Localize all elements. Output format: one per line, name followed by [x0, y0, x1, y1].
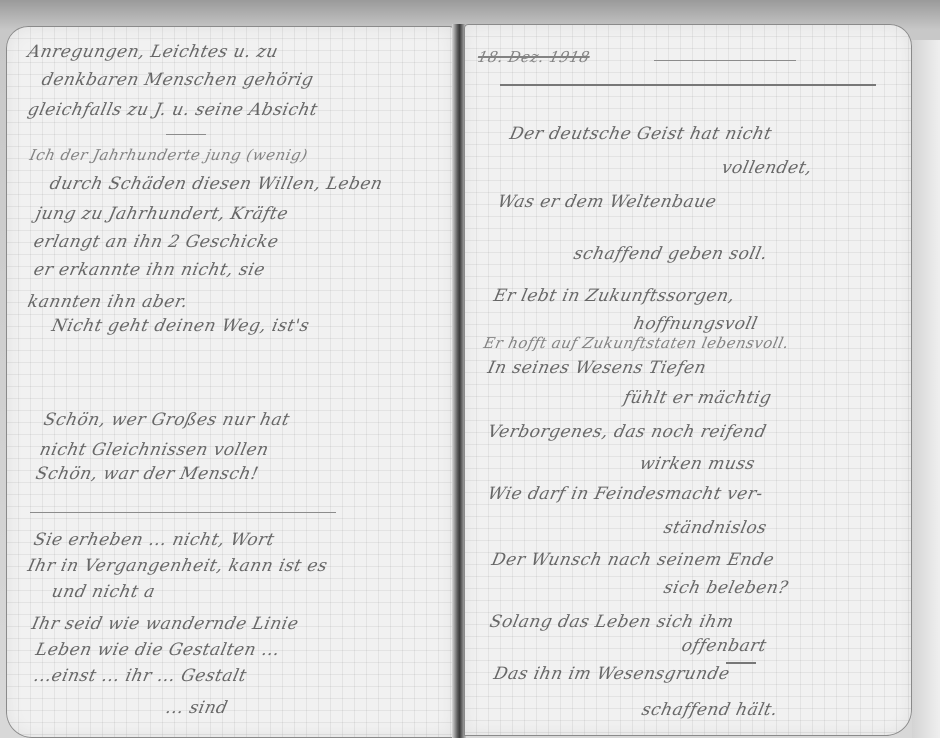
short-divider	[166, 134, 206, 135]
right-page: 18. Dez. 1918 Der deutsche Geist hat nic…	[464, 24, 912, 736]
right-line-12: Wie darf in Feindesmacht ver-	[486, 484, 765, 504]
header-rule	[500, 84, 876, 86]
date-underline	[654, 60, 796, 61]
notebook-spread: Anregungen, Leichtes u. zu denkbaren Men…	[0, 0, 940, 738]
left-line-13: Schön, war der Mensch!	[34, 464, 261, 484]
right-line-16: Solang das Leben sich ihm	[488, 612, 736, 632]
right-line-14: Der Wunsch nach seinem Ende	[490, 550, 776, 570]
left-line-7: erlangt an ihn 2 Geschicke	[32, 232, 281, 252]
right-line-19: schaffend hält.	[640, 700, 780, 720]
right-line-9: fühlt er mächtig	[622, 388, 774, 408]
left-page: Anregungen, Leichtes u. zu denkbaren Men…	[6, 26, 454, 738]
right-line-18: Das ihn im Wesensgrunde	[492, 664, 732, 684]
right-line-11: wirken muss	[638, 454, 757, 474]
left-line-1: Anregungen, Leichtes u. zu	[26, 42, 280, 62]
left-line-3: gleichfalls zu J. u. seine Absicht	[26, 100, 320, 120]
scan-margin	[912, 40, 940, 738]
right-line-3: Was er dem Weltenbaue	[496, 192, 719, 212]
section-divider	[30, 512, 336, 513]
left-line-9: kannten ihn aber.	[26, 292, 190, 312]
left-line-10: Nicht geht deinen Weg, ist's	[50, 316, 311, 336]
left-line-14: Sie erheben ... nicht, Wort	[32, 530, 276, 550]
left-line-12: nicht Gleichnissen vollen	[38, 440, 271, 460]
left-line-2: denkbaren Menschen gehörig	[40, 70, 316, 90]
left-line-11: Schön, wer Großes nur hat	[42, 410, 292, 430]
left-line-19: ...einst ... ihr ... Gestalt	[32, 666, 249, 686]
left-line-18: Leben wie die Gestalten ...	[34, 640, 282, 660]
right-line-4: schaffend geben soll.	[572, 244, 769, 264]
right-line-10: Verborgenes, das noch reifend	[486, 422, 768, 442]
right-line-15: sich beleben?	[662, 578, 790, 598]
right-line-2: vollendet,	[720, 158, 814, 178]
right-line-1: Der deutsche Geist hat nicht	[508, 124, 774, 144]
left-line-16: und nicht a	[50, 582, 157, 602]
left-line-4: Ich der Jahrhunderte jung (wenig)	[28, 146, 309, 164]
right-line-13: ständnislos	[662, 518, 769, 538]
left-line-5: durch Schäden diesen Willen, Leben	[48, 174, 385, 194]
left-line-8: er erkannte ihn nicht, sie	[32, 260, 267, 280]
left-line-6: jung zu Jahrhundert, Kräfte	[34, 204, 290, 224]
struck-date: 18. Dez. 1918	[476, 48, 591, 66]
left-line-15: Ihr in Vergangenheit, kann ist es	[26, 556, 330, 576]
right-line-17: offenbart	[680, 636, 769, 656]
right-line-5: Er lebt in Zukunftssorgen,	[492, 286, 737, 306]
right-line-6: hoffnungsvoll	[632, 314, 760, 334]
left-line-17: Ihr seid wie wandernde Linie	[30, 614, 301, 634]
right-line-8: In seines Wesens Tiefen	[486, 358, 708, 378]
right-line-7: Er hofft auf Zukunftstaten lebensvoll.	[482, 334, 791, 352]
left-line-20: ... sind	[164, 698, 230, 718]
